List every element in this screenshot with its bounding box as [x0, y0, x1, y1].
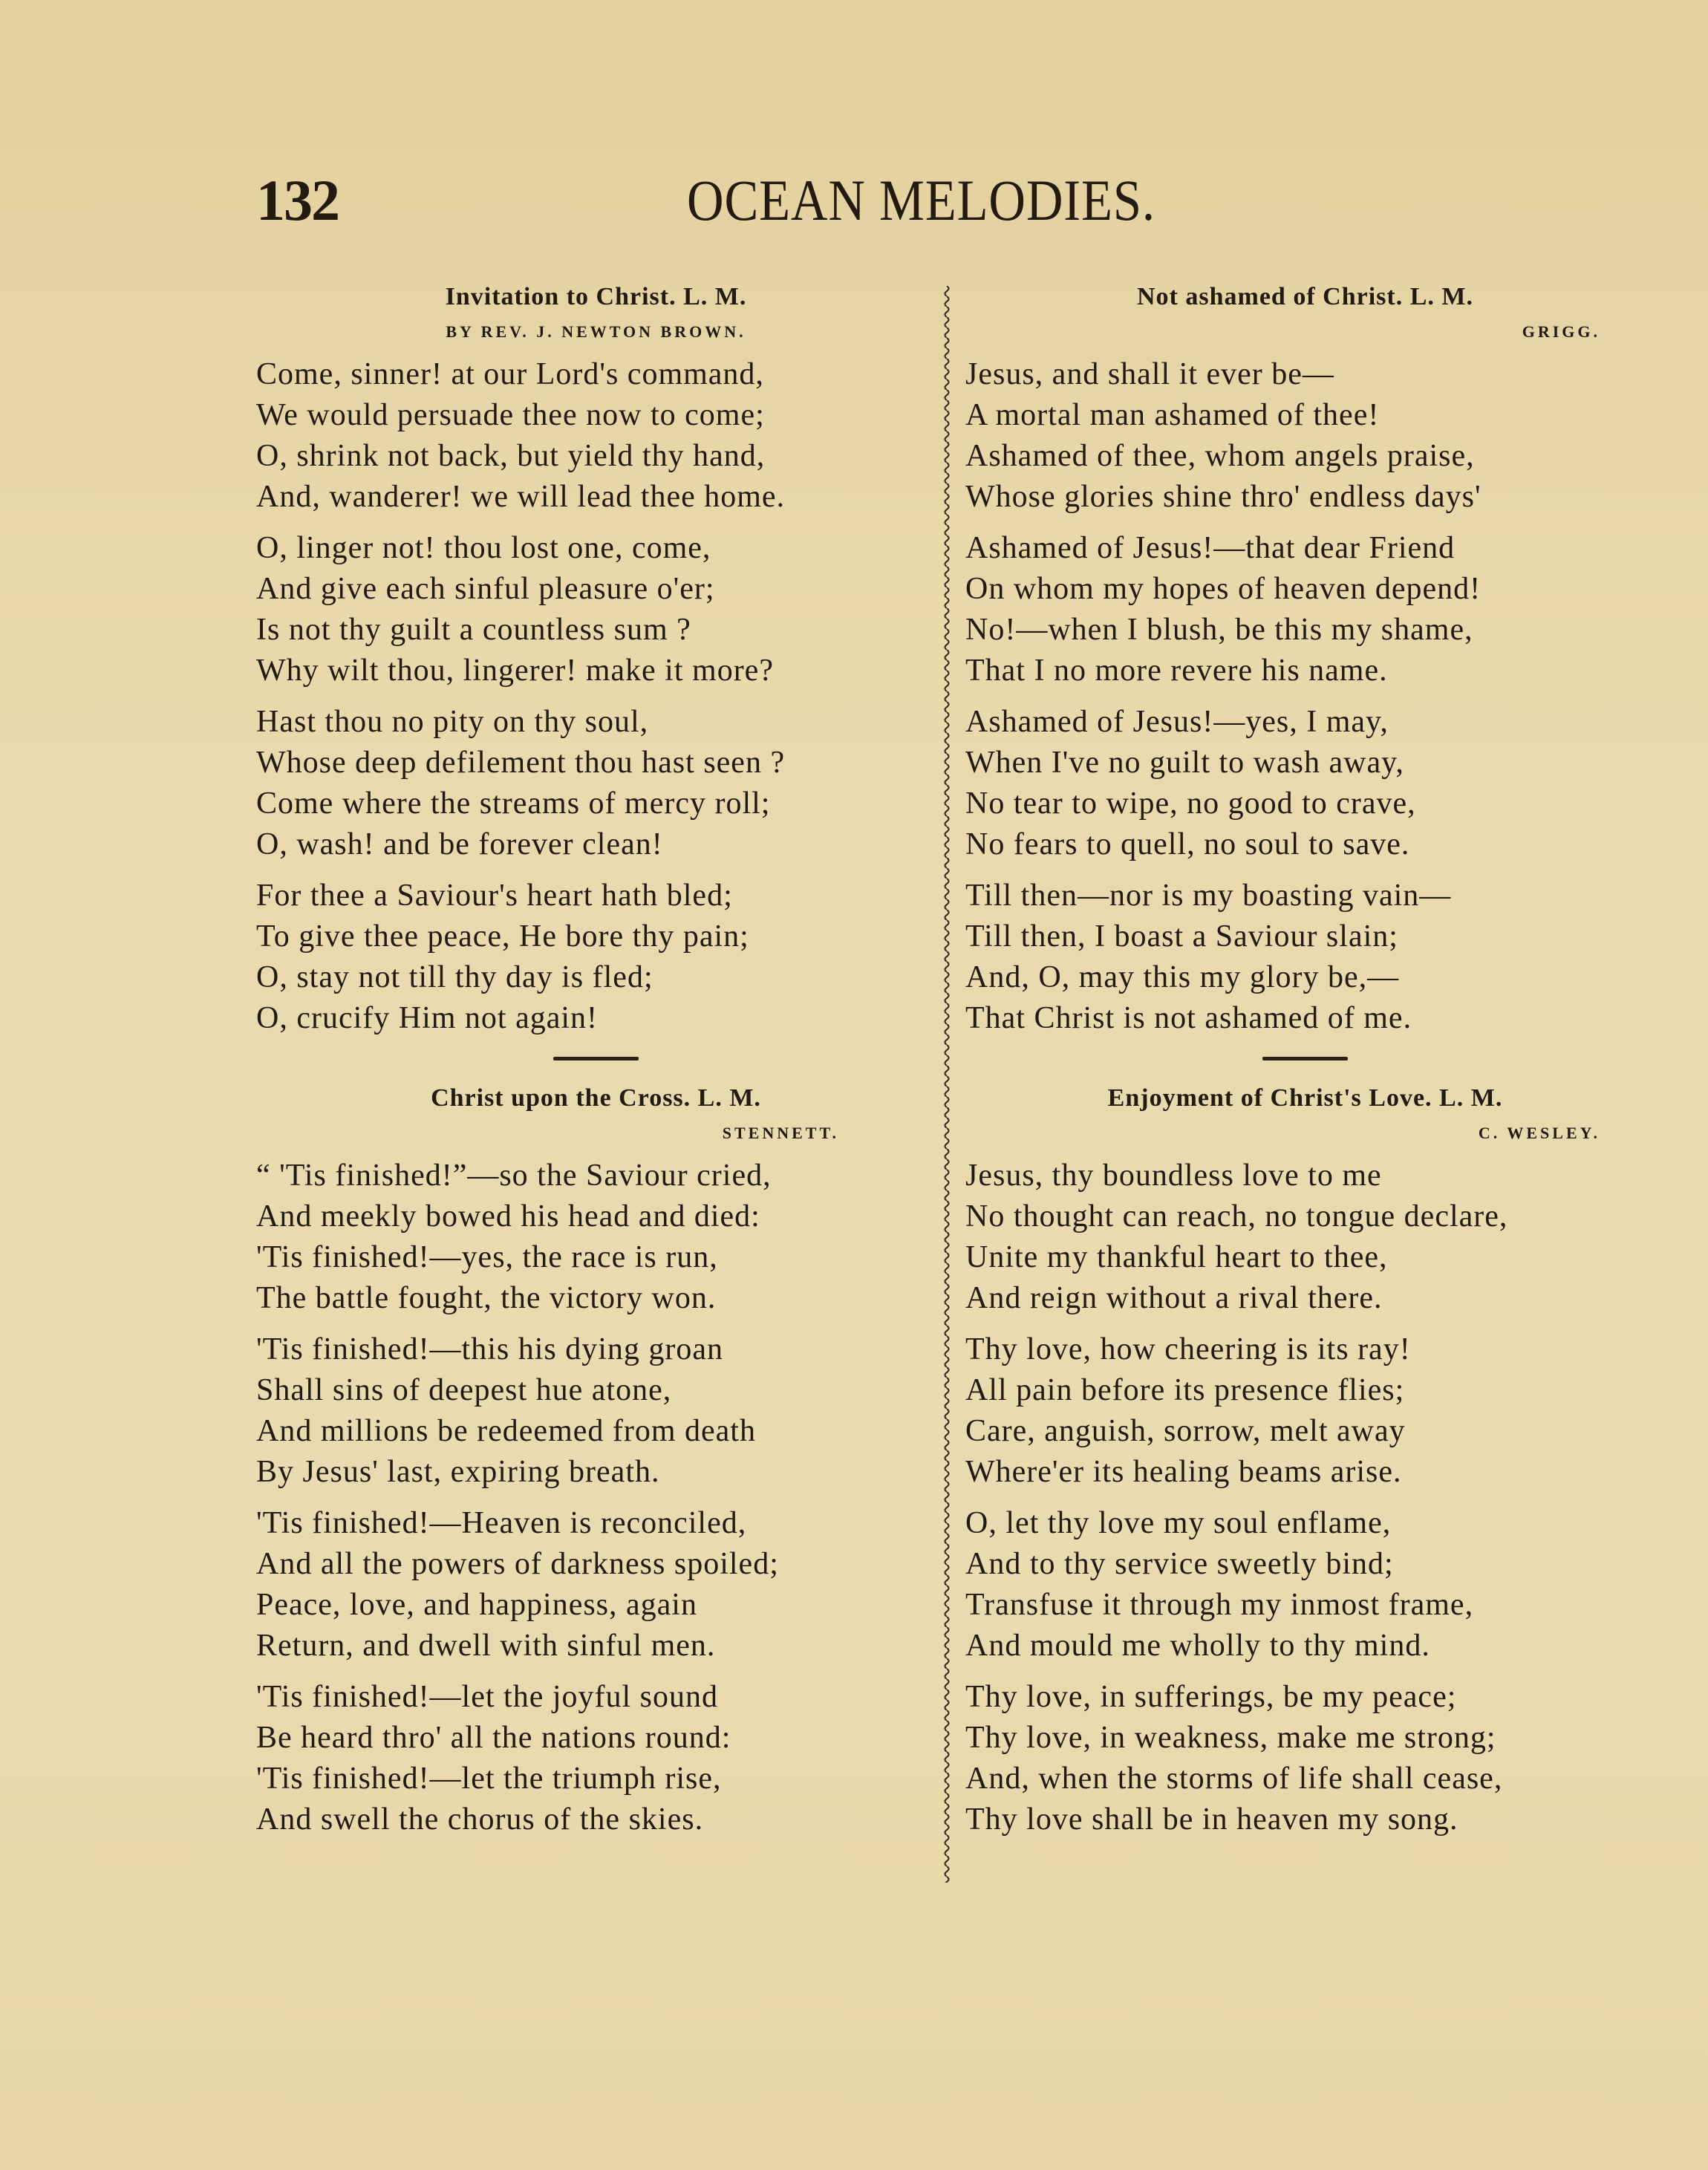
stanza: Ashamed of Jesus!—yes, I may, When I've …	[965, 702, 1645, 865]
stanza: 'Tis finished!—this his dying groan Shal…	[256, 1329, 936, 1493]
stanza: Till then—nor is my boasting vain— Till …	[965, 876, 1645, 1039]
hymn-author: GRIGG.	[965, 316, 1645, 348]
stanza: Thy love, how cheering is its ray! All p…	[965, 1329, 1645, 1493]
verse-line: O, wash! and be forever clean!	[256, 824, 936, 865]
stanza: Ashamed of Jesus!—that dear Friend On wh…	[965, 528, 1645, 691]
verse-line: Is not thy guilt a countless sum ?	[256, 610, 936, 651]
verse-line: “ 'Tis finished!”—so the Saviour cried,	[256, 1156, 936, 1196]
verse-line: And, wanderer! we will lead thee home.	[256, 477, 936, 518]
stanza: “ 'Tis finished!”—so the Saviour cried, …	[256, 1156, 936, 1319]
verse-line: By Jesus' last, expiring breath.	[256, 1452, 936, 1493]
verse-line: And millions be redeemed from death	[256, 1411, 936, 1452]
verse-line: Thy love, how cheering is its ray!	[965, 1329, 1645, 1370]
verse-line: Thy love, in weakness, make me strong;	[965, 1718, 1645, 1759]
hymn-invitation-to-christ: Invitation to Christ. L. M. BY REV. J. N…	[256, 278, 936, 1039]
verse-line: All pain before its presence flies;	[965, 1370, 1645, 1411]
verse-line: To give thee peace, He bore thy pain;	[256, 916, 936, 957]
verse-line: Jesus, thy boundless love to me	[965, 1156, 1645, 1196]
verse-line: 'Tis finished!—let the joyful sound	[256, 1677, 936, 1718]
stanza: For thee a Saviour's heart hath bled; To…	[256, 876, 936, 1039]
verse-line: And all the powers of darkness spoiled;	[256, 1544, 936, 1585]
verse-line: O, shrink not back, but yield thy hand,	[256, 436, 936, 477]
hymn-not-ashamed-of-christ: Not ashamed of Christ. L. M. GRIGG. Jesu…	[965, 278, 1645, 1039]
hymn-author: C. WESLEY.	[965, 1117, 1645, 1150]
stanza: Hast thou no pity on thy soul, Whose dee…	[256, 702, 936, 865]
hymn-author: BY REV. J. NEWTON BROWN.	[256, 316, 936, 348]
verse-line: 'Tis finished!—this his dying groan	[256, 1329, 936, 1370]
page-number: 132	[256, 167, 339, 234]
verse-line: No thought can reach, no tongue declare,	[965, 1196, 1645, 1237]
verse-line: Unite my thankful heart to thee,	[965, 1237, 1645, 1278]
section-rule	[553, 1057, 639, 1060]
page-header: 132 OCEAN MELODIES.	[256, 167, 1240, 241]
hymn-title: Enjoyment of Christ's Love. L. M.	[965, 1080, 1645, 1117]
hymn-author: STENNETT.	[256, 1117, 936, 1150]
stanza: Thy love, in sufferings, be my peace; Th…	[965, 1677, 1645, 1840]
verse-line: Till then—nor is my boasting vain—	[965, 876, 1645, 916]
verse-line: The battle fought, the victory won.	[256, 1278, 936, 1319]
verse-line: And reign without a rival there.	[965, 1278, 1645, 1319]
verse-line: 'Tis finished!—let the triumph rise,	[256, 1759, 936, 1799]
verse-line: O, crucify Him not again!	[256, 998, 936, 1039]
verse-line: Ashamed of Jesus!—yes, I may,	[965, 702, 1645, 743]
stanza: Jesus, and shall it ever be— A mortal ma…	[965, 354, 1645, 518]
left-column: Invitation to Christ. L. M. BY REV. J. N…	[256, 278, 936, 1851]
verse-line: 'Tis finished!—yes, the race is run,	[256, 1237, 936, 1278]
stanza: O, linger not! thou lost one, come, And …	[256, 528, 936, 691]
hymn-title: Christ upon the Cross. L. M.	[256, 1080, 936, 1117]
verse-line: No!—when I blush, be this my shame,	[965, 610, 1645, 651]
verse-line: Shall sins of deepest hue atone,	[256, 1370, 936, 1411]
verse-line: Till then, I boast a Saviour slain;	[965, 916, 1645, 957]
verse-line: For thee a Saviour's heart hath bled;	[256, 876, 936, 916]
verse-line: That Christ is not ashamed of me.	[965, 998, 1645, 1039]
verse-line: Thy love, in sufferings, be my peace;	[965, 1677, 1645, 1718]
verse-line: Be heard thro' all the nations round:	[256, 1718, 936, 1759]
verse-line: Come, sinner! at our Lord's command,	[256, 354, 936, 395]
verse-line: Jesus, and shall it ever be—	[965, 354, 1645, 395]
verse-line: 'Tis finished!—Heaven is reconciled,	[256, 1503, 936, 1544]
verse-line: On whom my hopes of heaven depend!	[965, 569, 1645, 610]
verse-line: That I no more revere his name.	[965, 651, 1645, 691]
verse-line: O, let thy love my soul enflame,	[965, 1503, 1645, 1544]
verse-line: Transfuse it through my inmost frame,	[965, 1585, 1645, 1626]
verse-line: Peace, love, and happiness, again	[256, 1585, 936, 1626]
verse-line: Thy love shall be in heaven my song.	[965, 1799, 1645, 1840]
verse-line: And meekly bowed his head and died:	[256, 1196, 936, 1237]
stanza: 'Tis finished!—let the joyful sound Be h…	[256, 1677, 936, 1840]
verse-line: Why wilt thou, lingerer! make it more?	[256, 651, 936, 691]
stanza: O, let thy love my soul enflame, And to …	[965, 1503, 1645, 1666]
verse-line: Ashamed of Jesus!—that dear Friend	[965, 528, 1645, 569]
verse-line: Ashamed of thee, whom angels praise,	[965, 436, 1645, 477]
verse-line: Whose deep defilement thou hast seen ?	[256, 743, 936, 783]
verse-line: And give each sinful pleasure o'er;	[256, 569, 936, 610]
stanza: 'Tis finished!—Heaven is reconciled, And…	[256, 1503, 936, 1666]
verse-line: And mould me wholly to thy mind.	[965, 1626, 1645, 1666]
verse-line: Whose glories shine thro' endless days'	[965, 477, 1645, 518]
verse-line: Where'er its healing beams arise.	[965, 1452, 1645, 1493]
verse-line: When I've no guilt to wash away,	[965, 743, 1645, 783]
stanza: Come, sinner! at our Lord's command, We …	[256, 354, 936, 518]
verse-line: And, O, may this my glory be,—	[965, 957, 1645, 998]
hymn-christ-upon-the-cross: Christ upon the Cross. L. M. STENNETT. “…	[256, 1080, 936, 1840]
verse-line: And to thy service sweetly bind;	[965, 1544, 1645, 1585]
verse-line: Come where the streams of mercy roll;	[256, 783, 936, 824]
hymn-title: Invitation to Christ. L. M.	[256, 278, 936, 316]
verse-line: Return, and dwell with sinful men.	[256, 1626, 936, 1666]
verse-line: A mortal man ashamed of thee!	[965, 395, 1645, 436]
hymn-enjoyment-of-christs-love: Enjoyment of Christ's Love. L. M. C. WES…	[965, 1080, 1645, 1840]
verse-line: And, when the storms of life shall cease…	[965, 1759, 1645, 1799]
verse-line: O, stay not till thy day is fled;	[256, 957, 936, 998]
verse-line: O, linger not! thou lost one, come,	[256, 528, 936, 569]
hymn-title: Not ashamed of Christ. L. M.	[965, 278, 1645, 316]
verse-line: Hast thou no pity on thy soul,	[256, 702, 936, 743]
verse-line: And swell the chorus of the skies.	[256, 1799, 936, 1840]
verse-line: We would persuade thee now to come;	[256, 395, 936, 436]
running-title: OCEAN MELODIES.	[687, 167, 1155, 234]
verse-line: No fears to quell, no soul to save.	[965, 824, 1645, 865]
stanza: Jesus, thy boundless love to me No thoug…	[965, 1156, 1645, 1319]
section-rule	[1262, 1057, 1348, 1060]
verse-line: No tear to wipe, no good to crave,	[965, 783, 1645, 824]
verse-line: Care, anguish, sorrow, melt away	[965, 1411, 1645, 1452]
right-column: Not ashamed of Christ. L. M. GRIGG. Jesu…	[965, 278, 1645, 1851]
column-divider	[942, 286, 952, 1883]
